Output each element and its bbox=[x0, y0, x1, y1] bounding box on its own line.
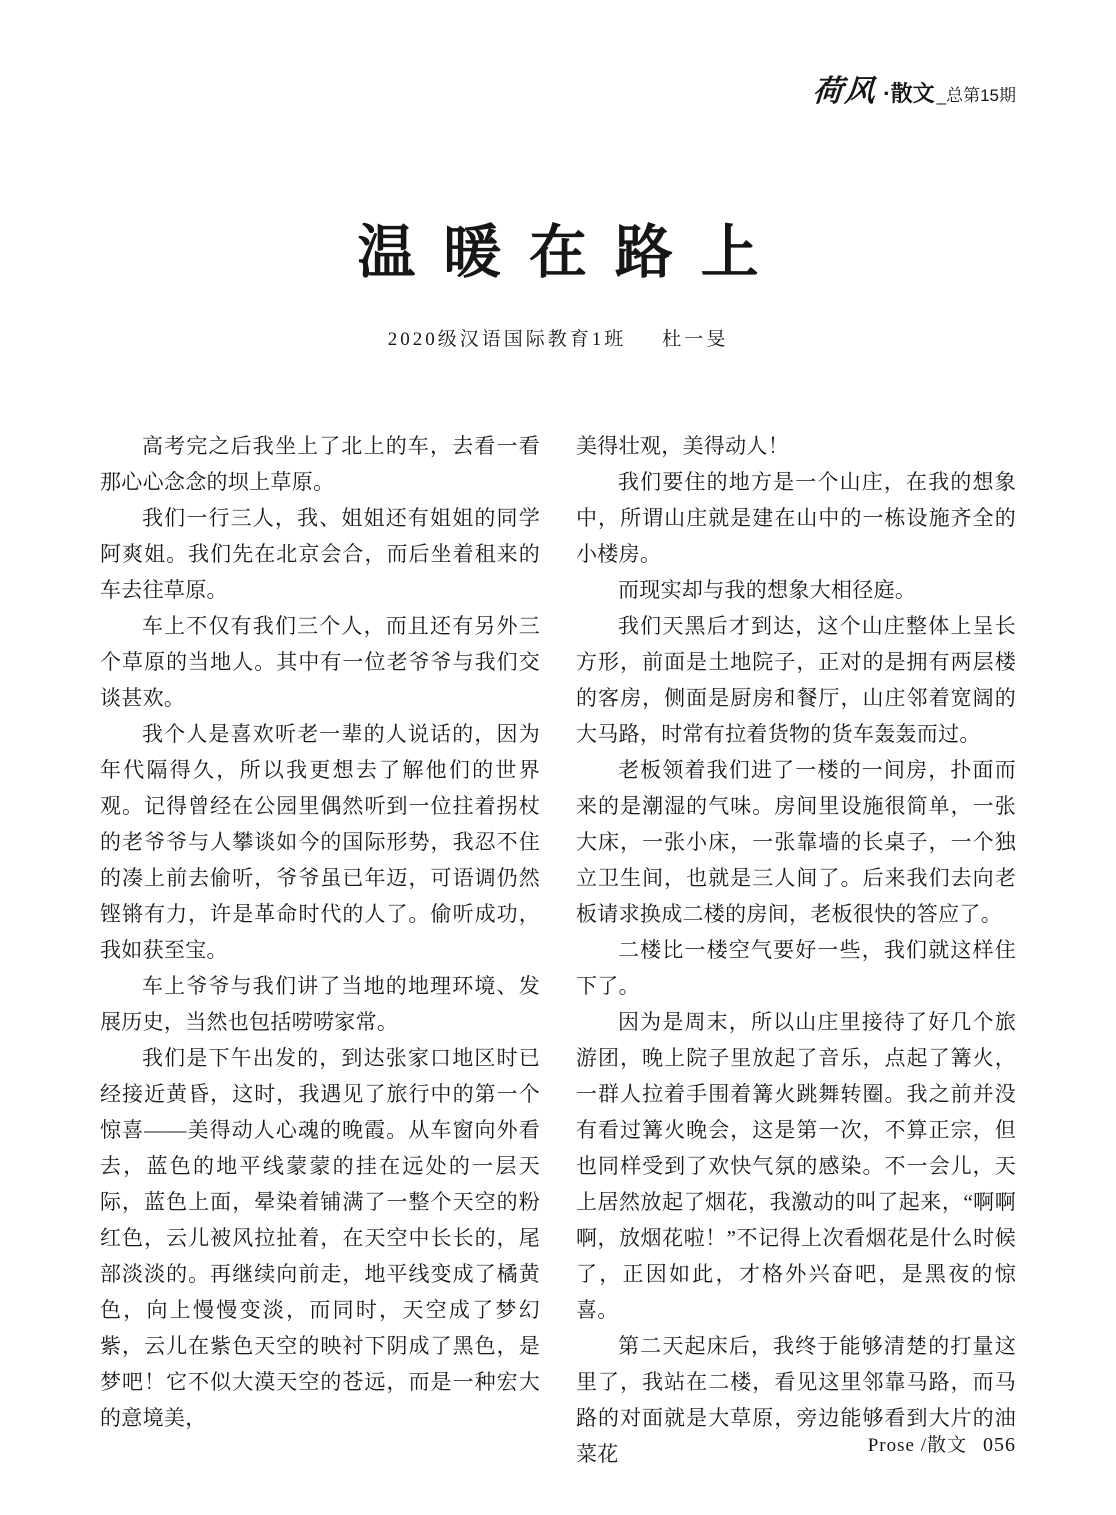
paragraph: 高考完之后我坐上了北上的车，去看一看那心心念念的坝上草原。 bbox=[100, 428, 540, 500]
magazine-page: 荷风 ·散文 _总第15期 温暖在路上 2020级汉语国际教育1班杜一旻 高考完… bbox=[0, 0, 1116, 1515]
footer-section-label: Prose /散文 bbox=[868, 1435, 967, 1456]
paragraph: 我们一行三人，我、姐姐还有姐姐的同学阿爽姐。我们先在北京会合，而后坐着租来的车去… bbox=[100, 500, 540, 608]
right-column: 美得壮观，美得动人！我们要住的地方是一个山庄，在我的想象中，所谓山庄就是建在山中… bbox=[576, 428, 1016, 1472]
article-byline: 2020级汉语国际教育1班杜一旻 bbox=[0, 324, 1116, 351]
page-footer: Prose /散文056 bbox=[868, 1430, 1016, 1457]
byline-author: 杜一旻 bbox=[662, 329, 728, 350]
article-title-text: 温暖在路上 bbox=[357, 220, 786, 285]
paragraph: 美得壮观，美得动人！ bbox=[576, 428, 1016, 464]
left-column: 高考完之后我坐上了北上的车，去看一看那心心念念的坝上草原。我们一行三人，我、姐姐… bbox=[100, 428, 540, 1472]
masthead: 荷风 ·散文 _总第15期 bbox=[813, 66, 1016, 110]
paragraph: 而现实却与我的想象大相径庭。 bbox=[576, 572, 1016, 608]
paragraph: 老板领着我们进了一楼的一间房，扑面而来的是潮湿的气味。房间里设施很简单，一张大床… bbox=[576, 752, 1016, 932]
masthead-brand-calligraphy: 荷风 bbox=[812, 66, 879, 110]
paragraph: 车上不仅有我们三个人，而且还有另外三个草原的当地人。其中有一位老爷爷与我们交谈甚… bbox=[100, 608, 540, 716]
page-number: 056 bbox=[983, 1434, 1016, 1456]
paragraph: 因为是周末，所以山庄里接待了好几个旅游团，晚上院子里放起了音乐，点起了篝火，一群… bbox=[576, 1004, 1016, 1328]
byline-class-name: 2020级汉语国际教育1班 bbox=[388, 329, 627, 350]
paragraph: 二楼比一楼空气要好一些，我们就这样住下了。 bbox=[576, 932, 1016, 1004]
paragraph: 我们是下午出发的，到达张家口地区时已经接近黄昏，这时，我遇见了旅行中的第一个惊喜… bbox=[100, 1040, 540, 1436]
article-body: 高考完之后我坐上了北上的车，去看一看那心心念念的坝上草原。我们一行三人，我、姐姐… bbox=[100, 428, 1016, 1472]
paragraph: 我们天黑后才到达，这个山庄整体上呈长方形，前面是土地院子，正对的是拥有两层楼的客… bbox=[576, 608, 1016, 752]
paragraph: 车上爷爷与我们讲了当地的地理环境、发展历史，当然也包括唠唠家常。 bbox=[100, 968, 540, 1040]
article-title: 温暖在路上 bbox=[0, 218, 1116, 288]
masthead-section-label: ·散文 bbox=[883, 77, 934, 108]
masthead-issue-label: _总第15期 bbox=[937, 81, 1016, 106]
paragraph: 我个人是喜欢听老一辈的人说话的，因为年代隔得久，所以我更想去了解他们的世界观。记… bbox=[100, 716, 540, 968]
paragraph: 我们要住的地方是一个山庄，在我的想象中，所谓山庄就是建在山中的一栋设施齐全的小楼… bbox=[576, 464, 1016, 572]
